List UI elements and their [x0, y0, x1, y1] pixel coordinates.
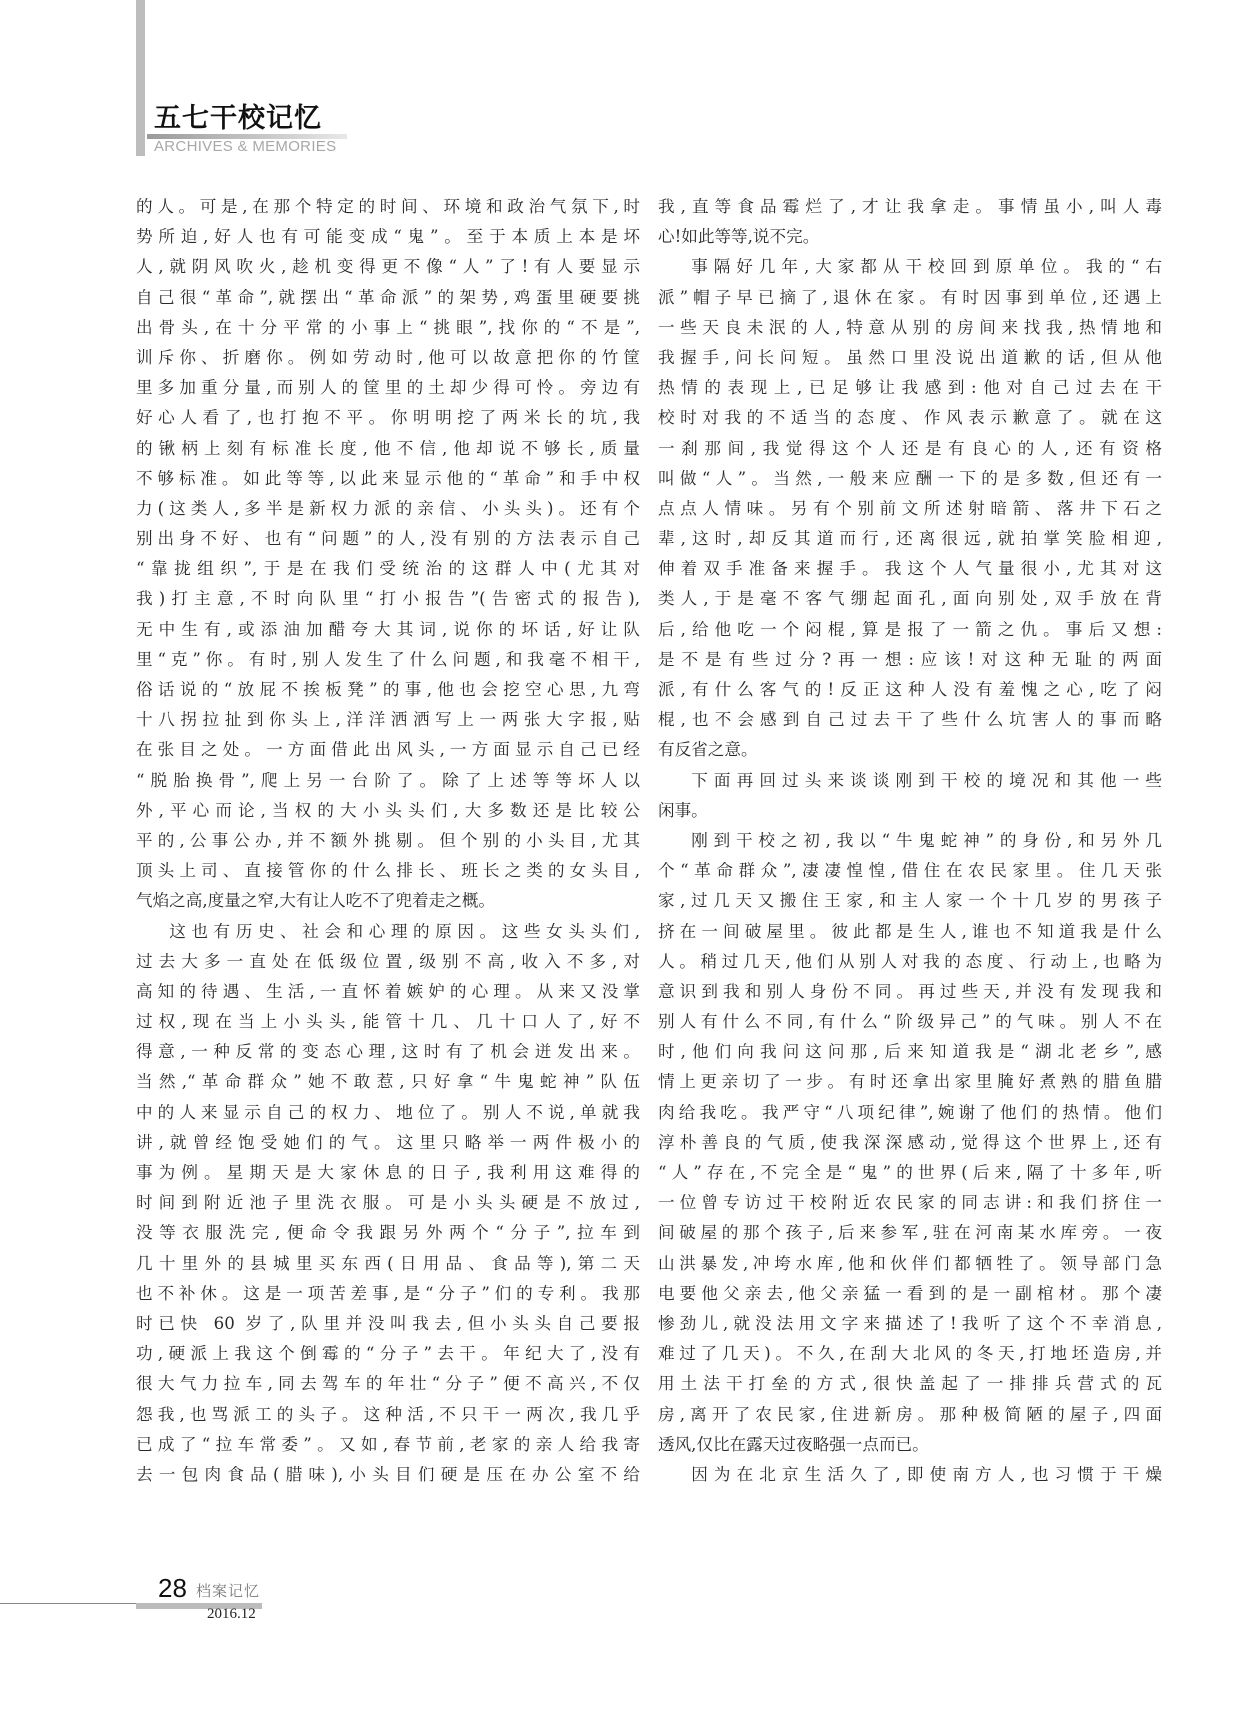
text-line: 时间到附近池子里洗衣服。可是小头头硬是不放过, [136, 1188, 640, 1218]
text-line: 意识到我和别人身份不同。再过些天,并没有发现我和 [658, 977, 1162, 1007]
text-line: 人,就阴风吹火,趁机变得更不像“人”了!有人要显示 [136, 252, 640, 282]
text-line: 好心人看了,也打抱不平。你明明挖了两米长的坑,我 [136, 403, 640, 433]
text-line: 功,硬派上我这个倒霉的“分子”去干。年纪大了,没有 [136, 1339, 640, 1369]
text-line: 派,有什么客气的!反正这种人没有羞愧之心,吃了闷 [658, 675, 1162, 705]
text-line: 别出身不好、也有“问题”的人,没有别的方法表示自己 [136, 524, 640, 554]
text-line: 间破屋的那个孩子,后来参军,驻在河南某水库旁。一夜 [658, 1218, 1162, 1248]
text-line: 事隔好几年,大家都从干校回到原单位。我的“右 [658, 252, 1162, 282]
text-line: 房,离开了农民家,住进新房。那种极简陋的屋子,四面 [658, 1400, 1162, 1430]
text-line: 的人。可是,在那个特定的时间、环境和政治气氛下,时 [136, 192, 640, 222]
text-line: 气焰之高,度量之窄,大有让人吃不了兜着走之概。 [136, 886, 640, 916]
text-line: 热情的表现上,已足够让我感到:他对自己过去在干 [658, 373, 1162, 403]
text-line: 里多加重分量,而别人的筐里的土却少得可怜。旁边有 [136, 373, 640, 403]
text-line: 人。稍过几天,他们从别人对我的态度、行动上,也略为 [658, 947, 1162, 977]
text-line: 我)打主意,不时向队里“打小报告”(告密式的报告), [136, 584, 640, 614]
text-line: 时已快 60 岁了,队里并没叫我去,但小头头自己要报 [136, 1309, 640, 1339]
text-line: 已成了“拉车常委”。又如,春节前,老家的亲人给我寄 [136, 1430, 640, 1460]
text-line: 心!如此等等,说不完。 [658, 222, 1162, 252]
text-line: 时,他们向我问这问那,后来知道我是“湖北老乡”,感 [658, 1037, 1162, 1067]
text-line: 点点人情味。另有个别前文所述射暗箭、落井下石之 [658, 494, 1162, 524]
text-line: 无中生有,或添油加醋夸大其词,说你的坏话,好让队 [136, 615, 640, 645]
text-line: 力(这类人,多半是新权力派的亲信、小头头)。还有个 [136, 494, 640, 524]
text-line: 一些天良未泯的人,特意从别的房间来找我,热情地和 [658, 313, 1162, 343]
text-line: 山洪暴发,冲垮水库,他和伙伴们都牺牲了。领导部门急 [658, 1249, 1162, 1279]
text-line: 外,平心而论,当权的大小头头们,大多数还是比较公 [136, 796, 640, 826]
text-line: 很大气力拉车,同去驾车的年壮“分子”便不高兴,不仅 [136, 1369, 640, 1399]
text-line: “人”存在,不完全是“鬼”的世界(后来,隔了十多年,听 [658, 1158, 1162, 1188]
text-line: 去一包肉食品(腊味),小头目们硬是压在办公室不给 [136, 1460, 640, 1490]
text-line: 俗话说的“放屁不挨板凳”的事,他也会挖空心思,九弯 [136, 675, 640, 705]
text-line: 刚到干校之初,我以“牛鬼蛇神”的身份,和另外几 [658, 826, 1162, 856]
text-line: 中的人来显示自己的权力、地位了。别人不说,单就我 [136, 1098, 640, 1128]
text-line: 是不是有些过分?再一想:应该!对这种无耻的两面 [658, 645, 1162, 675]
text-line: 淳朴善良的气质,使我深深感动,觉得这个世界上,还有 [658, 1128, 1162, 1158]
text-line: 过权,现在当上小头头,能管十几、几十口人了,好不 [136, 1007, 640, 1037]
text-line: 因为在北京生活久了,即使南方人,也习惯于干燥 [658, 1460, 1162, 1490]
text-line: 个“革命群众”,凄凄惶惶,借住在农民家里。住几天张 [658, 856, 1162, 886]
text-line: 不够标准。如此等等,以此来显示他的“革命”和手中权 [136, 464, 640, 494]
text-line: 我,直等食品霉烂了,才让我拿走。事情虽小,叫人毒 [658, 192, 1162, 222]
text-line: 这也有历史、社会和心理的原因。这些女头头们, [136, 917, 640, 947]
text-line: 势所迫,好人也有可能变成“鬼”。至于本质上本是坏 [136, 222, 640, 252]
text-line: 自己很“革命”,就摆出“革命派”的架势,鸡蛋里硬要挑 [136, 283, 640, 313]
text-line: 平的,公事公办,并不额外挑剔。但个别的小头目,尤其 [136, 826, 640, 856]
text-line: 顶头上司、直接管你的什么排长、班长之类的女头目, [136, 856, 640, 886]
text-line: 闲事。 [658, 796, 1162, 826]
text-line: 惨劲儿,就没法用文字来描述了!我听了这个不幸消息, [658, 1309, 1162, 1339]
text-line: 几十里外的县城里买东西(日用品、食品等),第二天 [136, 1249, 640, 1279]
text-line: 后,给他吃一个闷棍,算是报了一箭之仇。事后又想: [658, 615, 1162, 645]
text-line: 出骨头,在十分平常的小事上“挑眼”,找你的“不是”, [136, 313, 640, 343]
text-line: 家,过几天又搬住王家,和主人家一个十几岁的男孩子 [658, 886, 1162, 916]
text-line: 用土法干打垒的方式,很快盖起了一排排兵营式的瓦 [658, 1369, 1162, 1399]
text-line: 情上更亲切了一步。有时还拿出家里腌好煮熟的腊鱼腊 [658, 1067, 1162, 1097]
text-line: 叫做“人”。当然,一般来应酬一下的是多数,但还有一 [658, 464, 1162, 494]
text-line: 伸着双手准备来握手。我这个人气量很小,尤其对这 [658, 554, 1162, 584]
text-line: 没等衣服洗完,便命令我跟另外两个“分子”,拉车到 [136, 1218, 640, 1248]
text-line: 透风,仅比在露天过夜略强一点而已。 [658, 1430, 1162, 1460]
section-subtitle: ARCHIVES & MEMORIES [154, 138, 336, 155]
text-line: “靠拢组织”,于是在我们受统治的这群人中(尤其对 [136, 554, 640, 584]
text-line: 一位曾专访过干校附近农民家的同志讲:和我们挤住一 [658, 1188, 1162, 1218]
text-line: 一刹那间,我觉得这个人还是有良心的人,还有资格 [658, 434, 1162, 464]
issue-date: 2016.12 [207, 1606, 256, 1623]
text-line: 怨我,也骂派工的头子。这种活,不只干一两次,我几乎 [136, 1400, 640, 1430]
text-line: 事为例。星期天是大家休息的日子,我利用这难得的 [136, 1158, 640, 1188]
section-title: 五七干校记忆 [154, 96, 322, 135]
text-line: 有反省之意。 [658, 735, 1162, 765]
text-line: 也不补休。这是一项苦差事,是“分子”们的专利。我那 [136, 1279, 640, 1309]
text-line: 校时对我的不适当的态度、作风表示歉意了。就在这 [658, 403, 1162, 433]
text-line: 类人,于是毫不客气绷起面孔,面向别处,双手放在背 [658, 584, 1162, 614]
text-line: “脱胎换骨”,爬上另一台阶了。除了上述等等坏人以 [136, 766, 640, 796]
text-line: 过去大多一直处在低级位置,级别不高,收入不多,对 [136, 947, 640, 977]
article-column-right: 我,直等食品霉烂了,才让我拿走。事情虽小,叫人毒心!如此等等,说不完。事隔好几年… [658, 192, 1162, 1490]
article-column-left: 的人。可是,在那个特定的时间、环境和政治气氛下,时势所迫,好人也有可能变成“鬼”… [136, 192, 640, 1490]
text-line: 高知的待遇、生活,一直怀着嫉妒的心理。从来又没掌 [136, 977, 640, 1007]
text-line: 里“克”你。有时,别人发生了什么问题,和我毫不相干, [136, 645, 640, 675]
text-line: 在张目之处。一方面借此出风头,一方面显示自己已经 [136, 735, 640, 765]
text-line: 难过了几天)。不久,在刮大北风的冬天,打地坯造房,并 [658, 1339, 1162, 1369]
text-line: 训斥你、折磨你。例如劳动时,他可以故意把你的竹筐 [136, 343, 640, 373]
text-line: 得意,一种反常的变态心理,这时有了机会迸发出来。 [136, 1037, 640, 1067]
text-line: 辈,这时,却反其道而行,还离很远,就拍掌笑脸相迎, [658, 524, 1162, 554]
header-side-bar [136, 0, 145, 156]
text-line: 的锹柄上刻有标准长度,他不信,他却说不够长,质量 [136, 434, 640, 464]
text-line: 十八拐拉扯到你头上,洋洋洒洒写上一两张大字报,贴 [136, 705, 640, 735]
page-number: 28 [158, 1573, 187, 1604]
text-line: 讲,就曾经饱受她们的气。这里只略举一两件极小的 [136, 1128, 640, 1158]
magazine-name: 档案记忆 [196, 1580, 260, 1601]
text-line: 电要他父亲去,他父亲猛一看到的是一副棺材。那个凄 [658, 1279, 1162, 1309]
text-line: 下面再回过头来谈谈刚到干校的境况和其他一些 [658, 766, 1162, 796]
text-line: 肉给我吃。我严守“八项纪律”,婉谢了他们的热情。他们 [658, 1098, 1162, 1128]
text-line: 挤在一间破屋里。彼此都是生人,谁也不知道我是什么 [658, 917, 1162, 947]
text-line: 别人有什么不同,有什么“阶级异己”的气味。别人不在 [658, 1007, 1162, 1037]
text-line: 棍,也不会感到自己过去干了些什么坑害人的事而略 [658, 705, 1162, 735]
text-line: 当然,“革命群众”她不敢惹,只好拿“牛鬼蛇神”队伍 [136, 1067, 640, 1097]
text-line: 派”帽子早已摘了,退休在家。有时因事到单位,还遇上 [658, 283, 1162, 313]
text-line: 我握手,问长问短。虽然口里没说出道歉的话,但从他 [658, 343, 1162, 373]
